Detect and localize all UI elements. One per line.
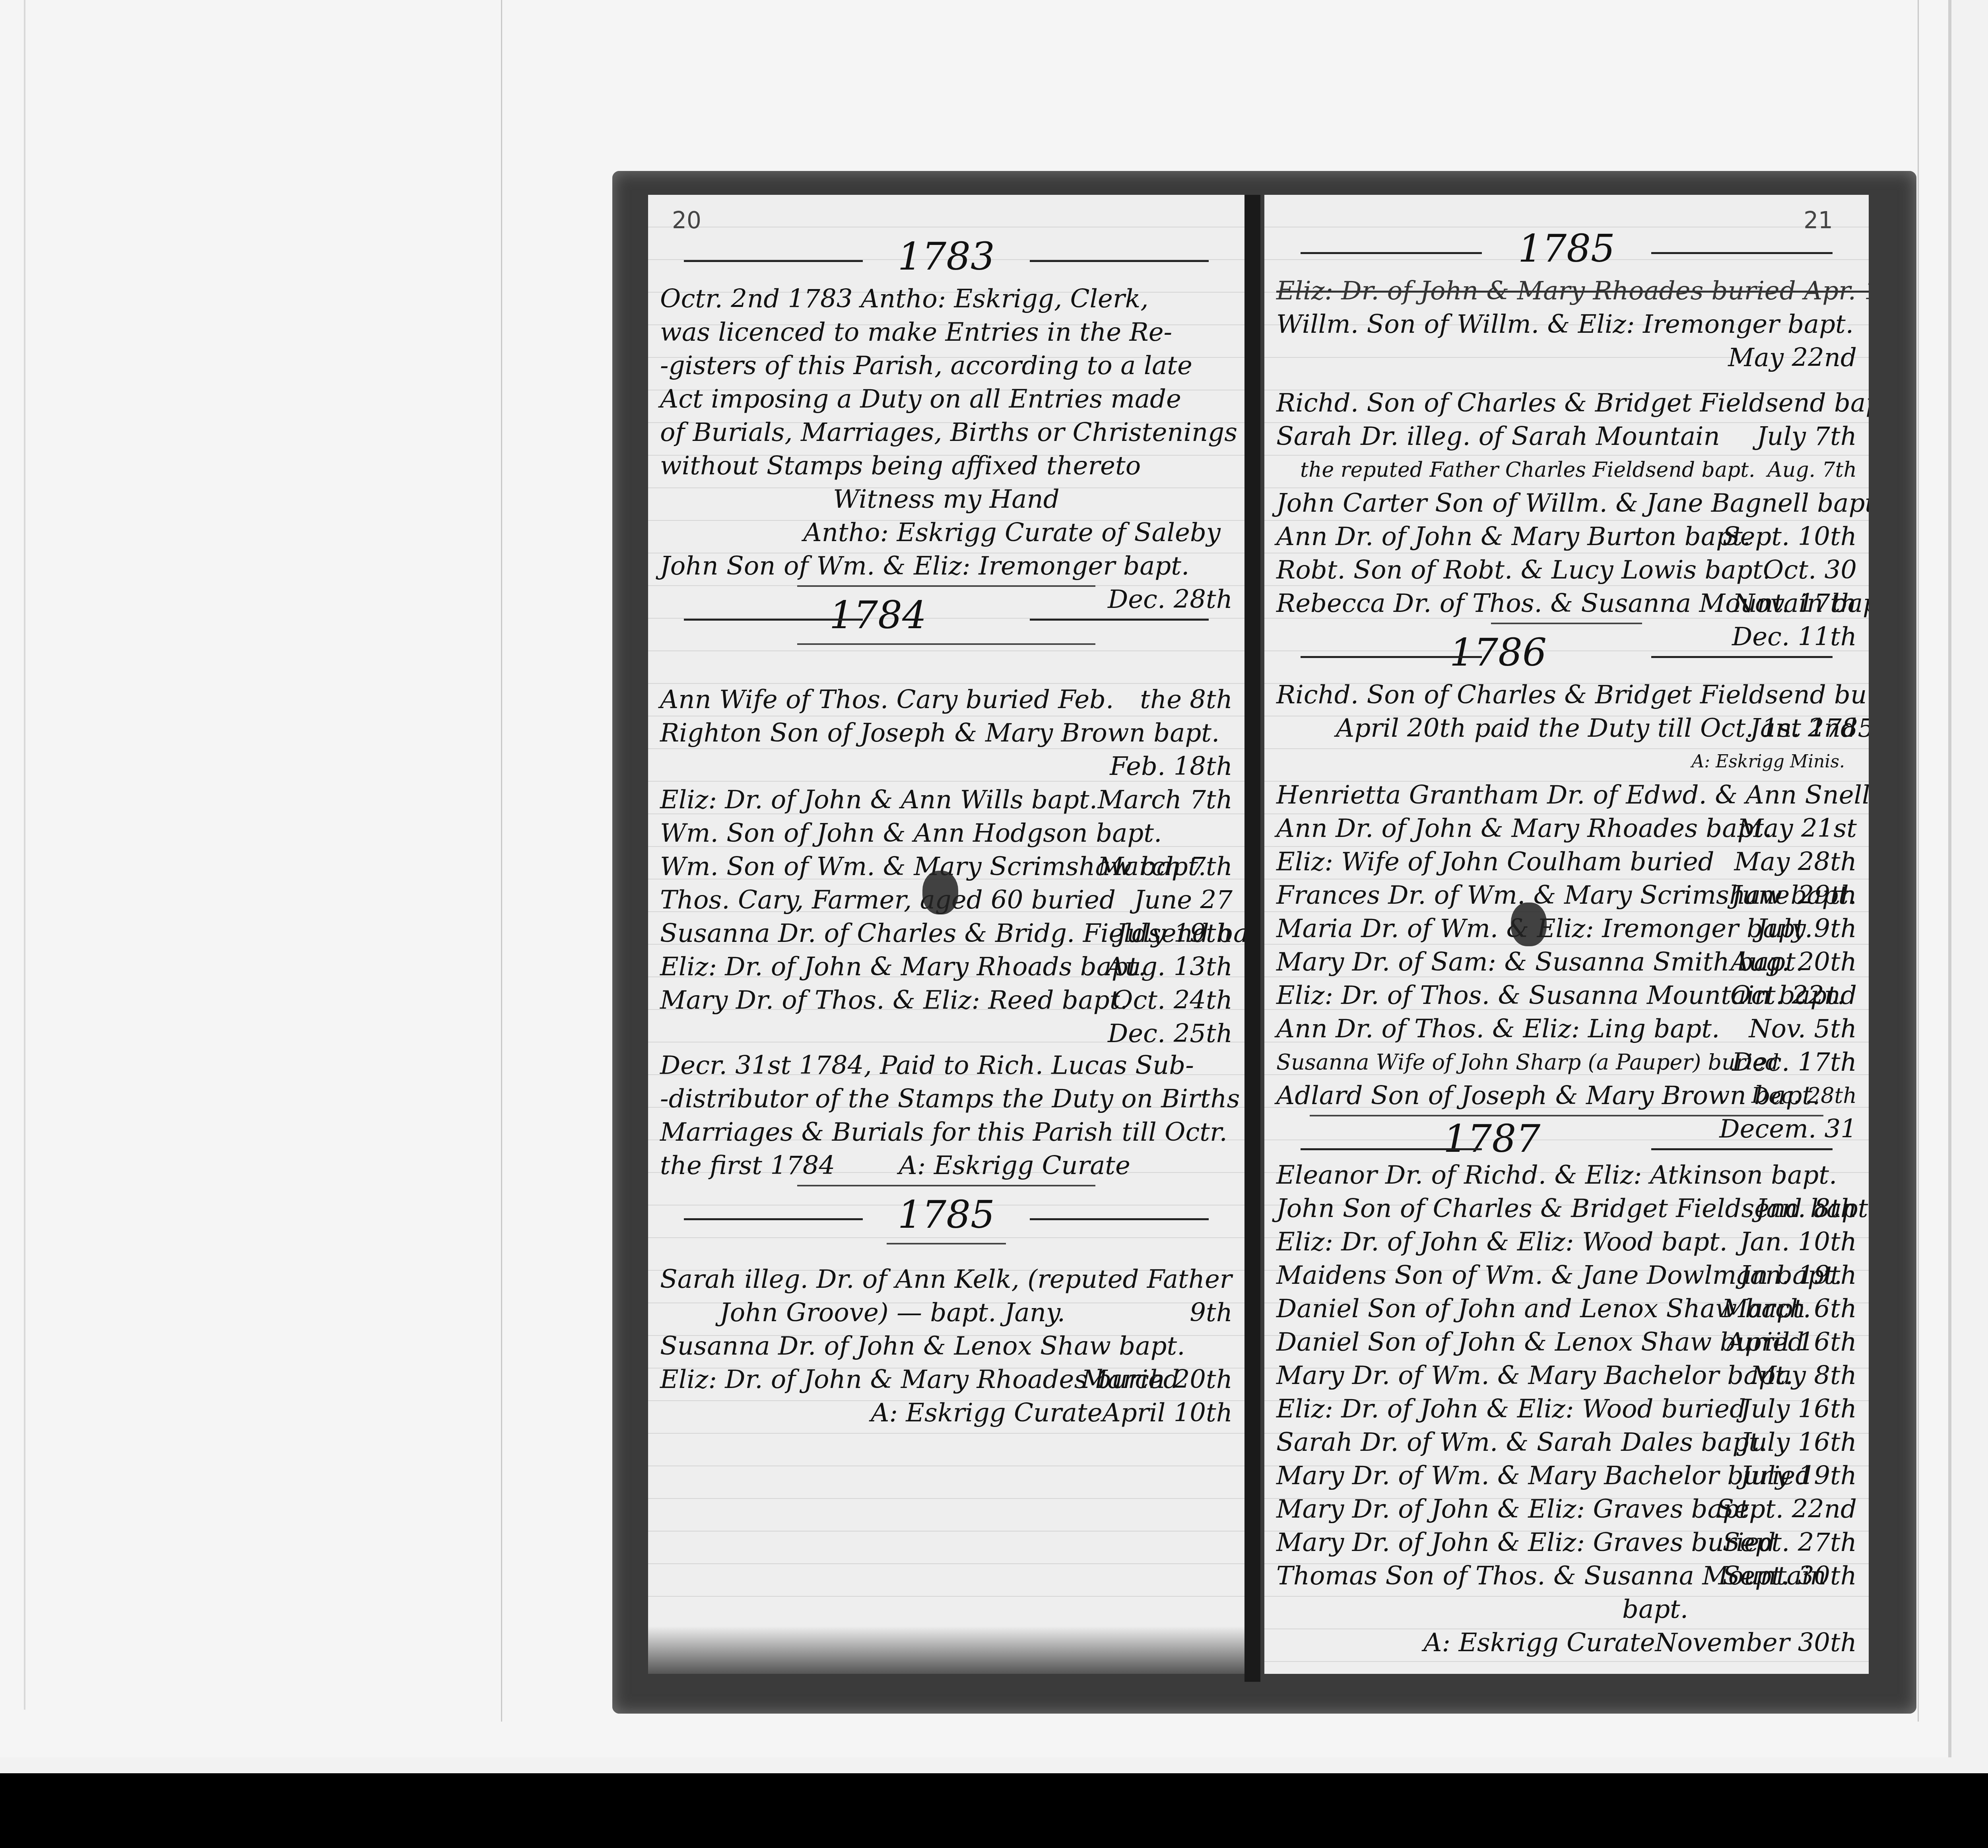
entry-text: Mary Dr. of Wm. & Mary Bachelor bapt. (1276, 1361, 1793, 1390)
entry-date: the 8th (1140, 683, 1233, 716)
register-entry: Susanna Dr. of Charles & Bridg. Fieldsen… (648, 917, 1244, 950)
entry-text: Thomas Son of Thos. & Susanna Mountain (1276, 1561, 1826, 1591)
register-entry: Eliz: Dr. of John & Ann Wills bapt.March… (648, 783, 1244, 817)
register-entry: Mary Dr. of Sam: & Susanna Smith bapt.Oc… (1264, 945, 1869, 979)
entry-text: Frances Dr. of Wm. & Mary Scrimshaw bapt… (1276, 881, 1857, 910)
entry-text: Thos. Cary, Farmer, aged 60 buried (660, 885, 1116, 915)
year-heading-1785: 1785 (648, 1189, 1244, 1240)
entry-text: John Son of Wm. & Eliz: Iremonger bapt. (660, 551, 1189, 581)
divider-rule (797, 643, 1095, 645)
register-entry: Righton Son of Joseph & Mary Brown bapt. (648, 716, 1244, 750)
folio-number-left: 20 (672, 207, 701, 234)
duty-note-line: Decr. 31st 1784, Paid to Rich. Lucas Sub… (648, 1049, 1244, 1082)
entry-text: Mary Dr. of Sam: & Susanna Smith bapt. (1276, 947, 1804, 977)
left-page: 20 1783 Octr. 2nd 1783 Antho: Eskrigg, C… (648, 195, 1244, 1674)
divider-rule (797, 585, 1095, 587)
entry-text: Sarah Dr. illeg. of Sarah Mountain (1276, 422, 1720, 451)
entry-text: Ann Wife of Thos. Cary buried Feb. (660, 685, 1114, 714)
register-entry: John Son of Wm. & Eliz: Iremonger bapt. … (648, 549, 1244, 583)
register-entry: Frances Dr. of Wm. & Mary Scrimshaw bapt… (1264, 879, 1869, 912)
register-entry: bapt.November 30th (1264, 1593, 1869, 1626)
entry-date: May 28th (1734, 845, 1857, 879)
entry-text: Sarah Dr. of Wm. & Sarah Dales bapt. (1276, 1428, 1767, 1457)
register-entry: Mary Dr. of Wm. & Mary Bachelor bapt.Jul… (1264, 1359, 1869, 1392)
entry-text: John Carter Son of Willm. & Jane Bagnell… (1276, 489, 1869, 518)
entry-date: March 7th (1098, 783, 1233, 817)
register-entry: John Son of Charles & Bridget Fieldsend … (1264, 1192, 1869, 1225)
register-entry: Daniel Son of John & Lenox Shaw buriedMa… (1264, 1326, 1869, 1359)
duty-note-line: the first 1784 A: Eskrigg Curate (648, 1149, 1244, 1182)
register-entry: Susanna Dr. of John & Lenox Shaw bapt.Ma… (648, 1330, 1244, 1363)
entry-text: John Groove) — bapt. Jany. (720, 1298, 1065, 1328)
licence-line: Octr. 2nd 1783 Antho: Eskrigg, Clerk, (648, 282, 1244, 316)
entry-text: Susanna Dr. of John & Lenox Shaw bapt. (660, 1332, 1185, 1361)
duty-note-line: -distributor of the Stamps the Duty on B… (648, 1082, 1244, 1116)
licence-line: of Burials, Marriages, Births or Christe… (648, 416, 1244, 449)
entry-date: June 27 (1134, 883, 1233, 917)
film-edge-band (0, 1773, 1988, 1848)
entry-date: July 7th (1757, 420, 1857, 453)
register-entry: Maria Dr. of Wm. & Eliz: Iremonger bapt.… (1264, 912, 1869, 945)
register-entry: the reputed Father Charles Fieldsend bap… (1264, 453, 1869, 487)
entry-text: Susanna Wife of John Sharp (a Pauper) bu… (1276, 1050, 1779, 1075)
duty-note-line: Marriages & Burials for this Parish till… (648, 1116, 1244, 1149)
entry-date: Oct. 30 (1763, 553, 1857, 587)
entry-text: Sarah illeg. Dr. of Ann Kelk, (reputed F… (660, 1265, 1232, 1294)
entry-date: May 22nd (1728, 341, 1857, 375)
frame-edge-line (24, 0, 25, 1710)
entry-text: John Son of Charles & Bridget Fieldsend … (1276, 1194, 1869, 1223)
year-heading-1783: 1783 (648, 231, 1244, 282)
witness-line: Witness my Hand (648, 483, 1244, 516)
entry-text: Eliz: Dr. of John & Mary Rhoades buried (660, 1365, 1180, 1394)
entry-text: Mary Dr. of Wm. & Mary Bachelor buried (1276, 1461, 1811, 1491)
right-page: 21 1785 Eliz: Dr. of John & Mary Rhoades… (1264, 195, 1869, 1674)
film-mark (505, 1777, 507, 1805)
entry-text: Mary Dr. of John & Eliz: Graves bapt. (1276, 1495, 1757, 1524)
film-mark (708, 1777, 710, 1805)
entry-text: Susanna Dr. of Charles & Bridg. Fieldsen… (660, 919, 1244, 948)
register-entry: Eleanor Dr. of Richd. & Eliz: Atkinson b… (1264, 1159, 1869, 1192)
entry-text: Rebecca Dr. of Thos. & Susanna Mountain … (1276, 589, 1869, 618)
entry-date: Jan. 10th (1740, 1225, 1857, 1259)
curate-signature: A: Eskrigg Curate (899, 1151, 1130, 1180)
entry-text: Eliz: Dr. of John & Eliz: Wood buried (1276, 1394, 1746, 1424)
register-entry: Richd. Son of Charles & Bridget Fieldsen… (1264, 678, 1869, 712)
entry-text: Richd. Son of Charles & Bridget Fieldsen… (1276, 680, 1869, 710)
curate-signature: Antho: Eskrigg Curate of Saleby (648, 516, 1244, 549)
register-entry: Thomas Son of Thos. & Susanna Mountain (1264, 1559, 1869, 1593)
film-mark (775, 1777, 778, 1805)
duty-note: April 20th paid the Duty till Oct. 1st 1… (1264, 712, 1869, 745)
licence-line: was licenced to make Entries in the Re- (648, 316, 1244, 349)
entry-text: Wm. Son of John & Ann Hodgson bapt. (660, 819, 1162, 848)
film-mark (596, 1777, 599, 1805)
entry-text: the first 1784 (660, 1151, 835, 1180)
register-entry: Wm. Son of John & Ann Hodgson bapt.March… (648, 817, 1244, 850)
entry-text: Daniel Son of John & Lenox Shaw buried (1276, 1328, 1804, 1357)
ink-blot (1511, 903, 1547, 946)
ink-blot (922, 871, 958, 914)
divider-rule (887, 1243, 1006, 1244)
struck-entry: Eliz: Dr. of John & Mary Rhoades buried … (1264, 274, 1869, 308)
entry-text: Ann Dr. of John & Mary Rhoades bapt. (1276, 814, 1772, 843)
register-entry: Eliz: Dr. of Thos. & Susanna Mountain ba… (1264, 979, 1869, 1012)
register-entry: Richd. Son of Charles & Bridget Fieldsen… (1264, 386, 1869, 420)
entry-date: April 10th (1103, 1396, 1233, 1430)
entry-text: Righton Son of Joseph & Mary Brown bapt. (660, 718, 1219, 748)
register-entry: Rebecca Dr. of Thos. & Susanna Mountain … (1264, 587, 1869, 620)
entry-text: Maidens Son of Wm. & Jane Dowlman bapt. (1276, 1261, 1842, 1290)
film-mark (1829, 1777, 1831, 1805)
entry-text: Eliz: Dr. of Thos. & Susanna Mountain ba… (1276, 981, 1845, 1010)
register-entry: Adlard Son of Joseph & Mary Brown bapt.D… (1264, 1079, 1869, 1112)
entry-date: Nov. 5th (1749, 1012, 1857, 1046)
entry-text: Eliz: Dr. of John & Mary Rhoads bapt. (660, 952, 1146, 982)
page-damage (648, 1626, 1244, 1674)
entry-text: Ann Dr. of John & Mary Burton bapt. (1276, 522, 1751, 551)
film-mark (1893, 1777, 1895, 1805)
register-entry: Maidens Son of Wm. & Jane Dowlman bapt.M… (1264, 1259, 1869, 1292)
register-entry: Mary Dr. of Wm. & Mary Bachelor buriedSe… (1264, 1459, 1869, 1493)
year-heading-1785: 1785 (1264, 223, 1869, 274)
minister-signature: A: Eskrigg Minis. (1264, 745, 1869, 778)
register-entry: Henrietta Grantham Dr. of Edwd. & Ann Sn… (1264, 778, 1869, 812)
register-entry: Eliz: Dr. of John & Mary Rhoades buriedA… (648, 1363, 1244, 1396)
entry-text: Eliz: Dr. of John & Eliz: Wood bapt. (1276, 1227, 1728, 1257)
entry-text: Mary Dr. of John & Eliz: Graves buried (1276, 1528, 1776, 1557)
entry-text: Eliz: Dr. of John & Ann Wills bapt. (660, 785, 1097, 815)
register-entry: Feb. 18th (648, 750, 1244, 783)
register-entry: John Carter Son of Willm. & Jane Bagnell… (1264, 487, 1869, 520)
entry-text: Eleanor Dr. of Richd. & Eliz: Atkinson b… (1276, 1161, 1837, 1190)
entry-text: Henrietta Grantham Dr. of Edwd. & Ann Sn… (1276, 780, 1869, 810)
divider-rule (1491, 623, 1642, 624)
entry-date: November 30th (1655, 1626, 1857, 1660)
entry-text: Eliz: Wife of John Coulham buried (1276, 847, 1714, 877)
entry-date: July 16th (1741, 1392, 1857, 1426)
book-gutter (1244, 195, 1260, 1682)
licence-line: -gisters of this Parish, according to a … (648, 349, 1244, 382)
year-heading-1786: 1786 (1264, 627, 1869, 678)
entry-date: Aug. 7th (1767, 453, 1857, 487)
entry-text: Robt. Son of Robt. & Lucy Lowis bapt. (1276, 555, 1771, 585)
register-entry: Sarah illeg. Dr. of Ann Kelk, (reputed F… (648, 1263, 1244, 1296)
entry-date: Oct. 24th (1112, 984, 1233, 1017)
register-entry: May 22nd (1264, 341, 1869, 375)
film-mark (648, 1777, 650, 1805)
entry-text: Adlard Son of Joseph & Mary Brown bapt. (1276, 1081, 1820, 1110)
microfilm-frame: 20 1783 Octr. 2nd 1783 Antho: Eskrigg, C… (0, 0, 1988, 1797)
register-entry: Susanna Wife of John Sharp (a Pauper) bu… (1264, 1046, 1869, 1079)
film-mark (1968, 1777, 1971, 1805)
year-heading-1787: 1787 (1264, 1119, 1869, 1159)
entry-text: Willm. Son of Willm. & Eliz: Iremonger b… (1276, 310, 1854, 339)
entry-text: the reputed Father Charles Fieldsend bap… (1300, 458, 1755, 482)
entry-date: Feb. 18th (1110, 750, 1233, 783)
register-entry: Willm. Son of Willm. & Eliz: Iremonger b… (1264, 308, 1869, 341)
year-heading-1784: 1784 (648, 589, 1244, 641)
licence-line: without Stamps being affixed thereto (648, 449, 1244, 483)
entry-text: Daniel Son of John and Lenox Shaw bapt. (1276, 1294, 1811, 1324)
entry-text: Richd. Son of Charles & Bridget Fieldsen… (1276, 388, 1869, 418)
register-entry: John Groove) — bapt. Jany.9th (648, 1296, 1244, 1330)
entry-text: Mary Dr. of Thos. & Eliz: Reed bapt. (660, 986, 1128, 1015)
entry-text: bapt. (1622, 1595, 1688, 1624)
register-entry: Daniel Son of John and Lenox Shaw bapt.A… (1264, 1292, 1869, 1326)
film-mark (1749, 1777, 1752, 1805)
entry-text: Ann Dr. of Thos. & Eliz: Ling bapt. (1276, 1014, 1720, 1044)
register-book: 20 1783 Octr. 2nd 1783 Antho: Eskrigg, C… (612, 171, 1916, 1714)
entry-date: 9th (1190, 1296, 1233, 1330)
entry-text: April 20th paid the Duty till Oct. 1st 1… (1336, 714, 1869, 743)
licence-line: Act imposing a Duty on all Entries made (648, 382, 1244, 416)
register-entry: Ann Wife of Thos. Cary buried Feb.the 8t… (648, 683, 1244, 716)
divider-rule (797, 1185, 1095, 1186)
entry-date: Dec. 25th (1108, 1017, 1233, 1050)
